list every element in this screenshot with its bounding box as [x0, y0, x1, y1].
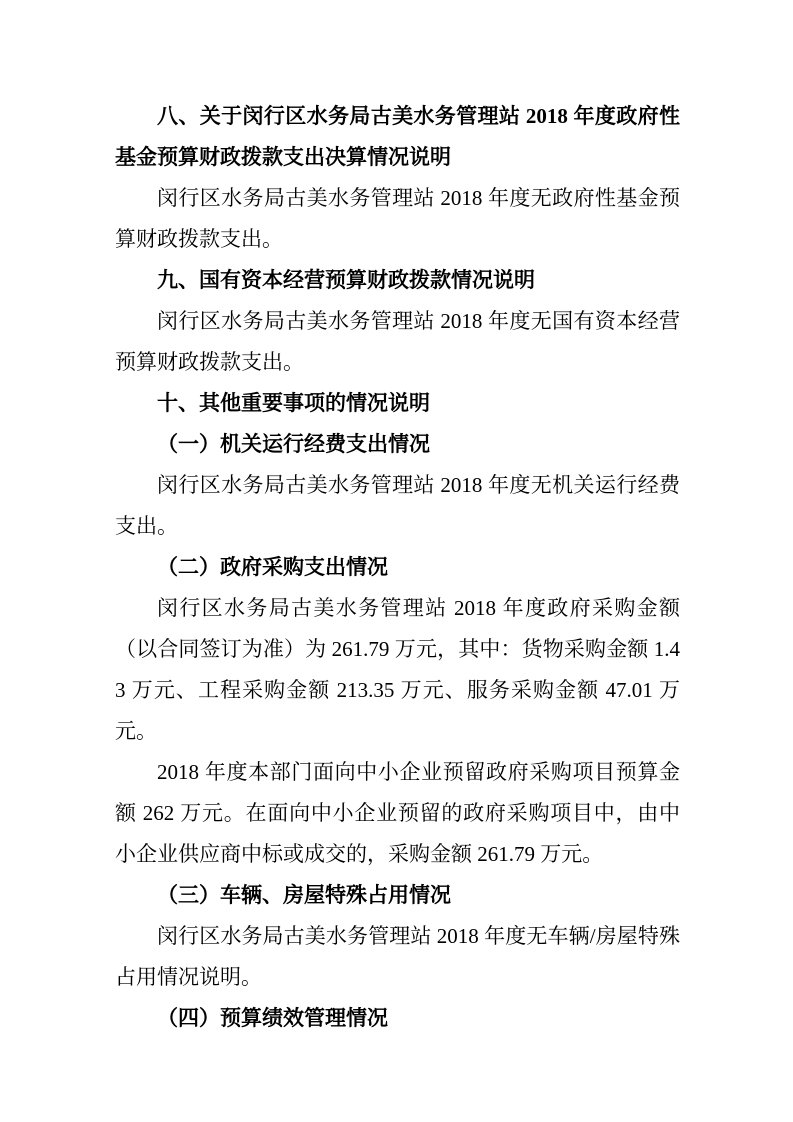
subsection-heading-1: （一）机关运行经费支出情况 [115, 424, 680, 465]
section-heading-9: 九、国有资本经营预算财政拨款情况说明 [115, 260, 680, 301]
body-paragraph-vehicle-housing: 闵行区水务局古美水务管理站 2018 年度无车辆/房屋特殊占用情况说明。 [115, 916, 680, 998]
body-paragraph-sme-procurement: 2018 年度本部门面向中小企业预留政府采购项目预算金额 262 万元。在面向中… [115, 752, 680, 875]
document-page: 八、关于闵行区水务局古美水务管理站 2018 年度政府性基金预算财政拨款支出决算… [0, 0, 793, 1122]
body-paragraph-gov-fund: 闵行区水务局古美水务管理站 2018 年度无政府性基金预算财政拨款支出。 [115, 178, 680, 260]
section-heading-10: 十、其他重要事项的情况说明 [115, 383, 680, 424]
body-paragraph-procurement: 闵行区水务局古美水务管理站 2018 年度政府采购金额（以合同签订为准）为 26… [115, 588, 680, 752]
subsection-heading-4: （四）预算绩效管理情况 [115, 998, 680, 1039]
subsection-heading-2: （二）政府采购支出情况 [115, 547, 680, 588]
body-paragraph-state-capital: 闵行区水务局古美水务管理站 2018 年度无国有资本经营预算财政拨款支出。 [115, 301, 680, 383]
subsection-heading-3: （三）车辆、房屋特殊占用情况 [115, 875, 680, 916]
section-heading-8: 八、关于闵行区水务局古美水务管理站 2018 年度政府性基金预算财政拨款支出决算… [115, 96, 680, 178]
body-paragraph-operating-expense: 闵行区水务局古美水务管理站 2018 年度无机关运行经费支出。 [115, 465, 680, 547]
